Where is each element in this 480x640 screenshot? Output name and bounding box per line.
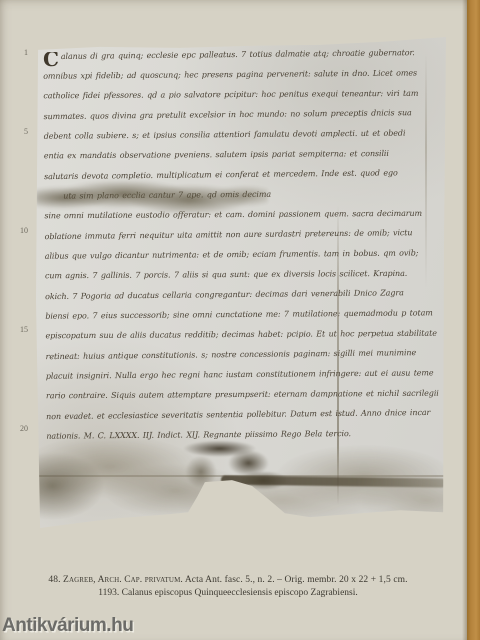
table-edge	[467, 0, 480, 640]
manuscript-photo: Calanus di gra quinq; ecclesie epc palle…	[36, 35, 446, 529]
antikvarium-watermark: Antikvárium.hu	[2, 615, 133, 637]
manuscript-line: nationis. M. C. LXXXX. IIJ. Indict. XIJ.…	[46, 428, 442, 451]
caption-details: Acta Ant. fasc. 5., n. 2. – Orig. membr.…	[185, 575, 408, 585]
line-number: 1	[12, 48, 28, 57]
line-number: 10	[12, 226, 28, 235]
illuminated-initial: C	[43, 48, 59, 71]
line-number: 15	[12, 325, 28, 334]
caption-archive-name: 48. Zagreb, Arch. Cap. privatum.	[48, 575, 183, 585]
manuscript-text-block: Calanus di gra quinq; ecclesie epc palle…	[34, 33, 448, 531]
line-number: 20	[12, 424, 28, 433]
plate-caption: 48. Zagreb, Arch. Cap. privatum. Acta An…	[0, 574, 456, 599]
caption-archive-line: 48. Zagreb, Arch. Cap. privatum. Acta An…	[0, 574, 456, 586]
caption-title-line: 1193. Calanus episcopus Quinqueecclesien…	[0, 587, 456, 599]
line-number: 5	[12, 127, 28, 136]
book-page: Calanus di gra quinq; ecclesie epc palle…	[0, 0, 480, 640]
